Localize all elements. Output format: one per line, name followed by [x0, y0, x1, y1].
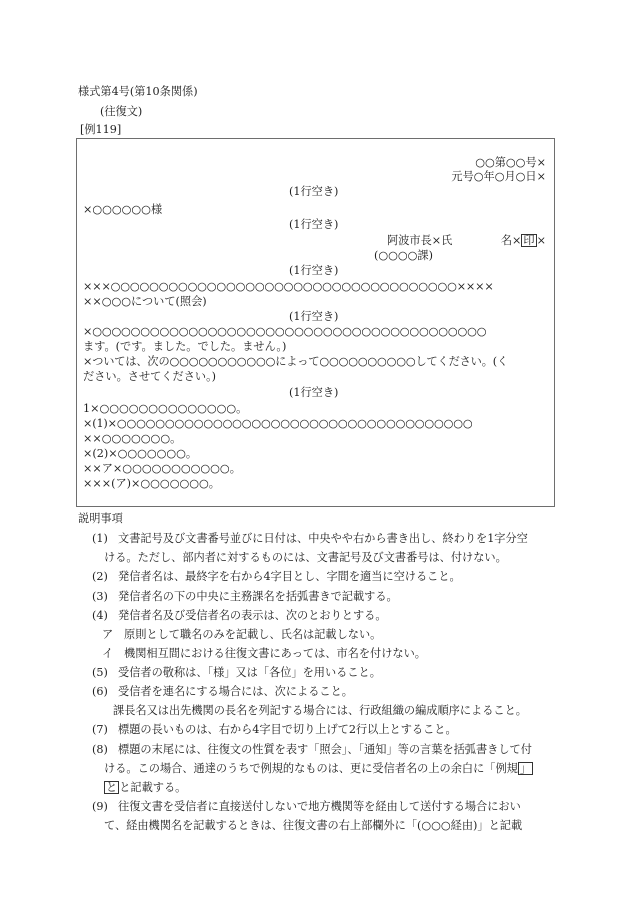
- explanation-item-text: 機関相互間における往復文書にあっては、市名を付けない。: [124, 647, 426, 661]
- explanation-subitem-marker: イ: [102, 647, 113, 661]
- sender-trail: ×: [537, 234, 546, 247]
- explanation-item-number: (9): [92, 800, 108, 814]
- boxed-bracket: 」: [518, 762, 533, 775]
- blank-line-note: (1行空き): [289, 218, 338, 232]
- explanation-item-text: 原則として職名のみを記載し、氏名は記載しない。: [124, 628, 381, 642]
- explanation-text: ける。この場合、通達のうちで例規的なものは、更に受信者名の上の余白に「例規: [104, 762, 518, 775]
- blank-line-note: (1行空き): [289, 310, 338, 324]
- explanation-text: と記載する。: [119, 781, 186, 794]
- explanation-item-number: (6): [92, 685, 108, 699]
- explanation-item-text: 発信者名の下の中央に主務課名を括弧書きで記載する。: [118, 590, 398, 604]
- explanation-item-text: 受信者を連名にする場合には、次によること。: [118, 685, 353, 699]
- body-line-4: ださい。させてください。): [83, 370, 216, 384]
- explanation-item-number: (3): [92, 590, 108, 604]
- item-1: 1×○○○○○○○○○○○○○○。: [83, 402, 247, 416]
- document-number: ○○第○○号×: [475, 156, 546, 170]
- subject-line-1: ×××○○○○○○○○○○○○○○○○○○○○○○○○○○○○○○○○○○○○×…: [83, 280, 494, 294]
- body-line-2: ます。(です。ました。でした。ません。): [83, 340, 286, 354]
- form-title: 様式第4号(第10条関係): [78, 85, 198, 99]
- explanation-item-text: ける。この場合、通達のうちで例規的なものは、更に受信者名の上の余白に「例規」: [104, 762, 533, 776]
- item-a-paren: ×××(ア)×○○○○○○○。: [83, 477, 220, 491]
- explanation-title: 説明事項: [78, 512, 123, 526]
- item-1-1-line-2: ××○○○○○○○。: [83, 432, 181, 446]
- explanation-item-text: 課長名又は出先機関の長名を列記する場合には、行政組織の編成順序によること。: [113, 704, 527, 718]
- example-label: [例119]: [80, 123, 121, 137]
- item-1-1-line-1: ×(1)×○○○○○○○○○○○○○○○○○○○○○○○○○○○○○○○○○○○…: [83, 417, 472, 431]
- blank-line-note: (1行空き): [289, 386, 338, 400]
- seal-box: 印: [521, 234, 536, 247]
- sender-name: 名×: [501, 234, 522, 247]
- boxed-to: と: [104, 781, 119, 794]
- blank-line-note: (1行空き): [289, 185, 338, 199]
- explanation-item-number: (4): [92, 609, 108, 623]
- blank-line-note: (1行空き): [289, 264, 338, 278]
- explanation-item-text: 受信者の敬称は、「様」又は「各位」を用いること。: [118, 666, 381, 680]
- form-subtitle: (往復文): [100, 105, 142, 119]
- sender-title: 阿波市長×氏: [387, 234, 452, 248]
- explanation-item-text: て、経由機関名を記載するときは、往復文書の右上部欄外に「(○○○経由)」と記載: [104, 819, 522, 833]
- explanation-item-text: 発信者名は、最終字を右から4字目とし、字間を適当に空けること。: [118, 570, 461, 584]
- subject-line-2: ××○○○について(照会): [83, 295, 207, 309]
- explanation-item-text: 標題の長いものは、右から4字目で切り上げて2行以上とすること。: [118, 723, 457, 737]
- explanation-subitem-marker: ア: [102, 628, 113, 642]
- sender-name-seal: 名×印×: [501, 234, 546, 248]
- document-date: 元号○年○月○日×: [451, 170, 546, 184]
- body-line-1: ×○○○○○○○○○○○○○○○○○○○○○○○○○○○○○○○○○○○○○○○…: [83, 325, 486, 339]
- sender-department: (○○○○課): [374, 249, 433, 263]
- explanation-item-text: 発信者名及び受信者名の表示は、次のとおりとする。: [118, 609, 387, 623]
- form-template-box: ○○第○○号× 元号○年○月○日× (1行空き) ×○○○○○○様 (1行空き)…: [76, 138, 555, 507]
- explanation-item-text: とと記載する。: [104, 781, 186, 795]
- explanation-item-number: (5): [92, 666, 108, 680]
- explanation-item-text: 文書記号及び文書番号並びに日付は、中央やや右から書き出し、終わりを1字分空: [118, 532, 528, 546]
- explanation-item-text: 標題の末尾には、往復文の性質を表す「照会」、「通知」等の言葉を括弧書きして付: [118, 743, 532, 757]
- explanation-item-text: 往復文書を受信者に直接送付しないで地方機関等を経由して送付する場合におい: [118, 800, 521, 814]
- explanation-item-text: ける。ただし、部内者に対するものには、文書記号及び文書番号は、付けない。: [104, 551, 507, 565]
- recipient-name: ×○○○○○○様: [83, 203, 162, 217]
- explanation-item-number: (7): [92, 723, 108, 737]
- item-1-2: ×(2)×○○○○○○○。: [83, 447, 197, 461]
- explanation-item-number: (1): [92, 532, 108, 546]
- body-line-3: ×ついては、次の○○○○○○○○○○○によって○○○○○○○○○○してください。…: [83, 355, 508, 369]
- item-a: ××ア×○○○○○○○○○○○。: [83, 462, 241, 476]
- explanation-item-number: (8): [92, 743, 108, 757]
- explanation-item-number: (2): [92, 570, 108, 584]
